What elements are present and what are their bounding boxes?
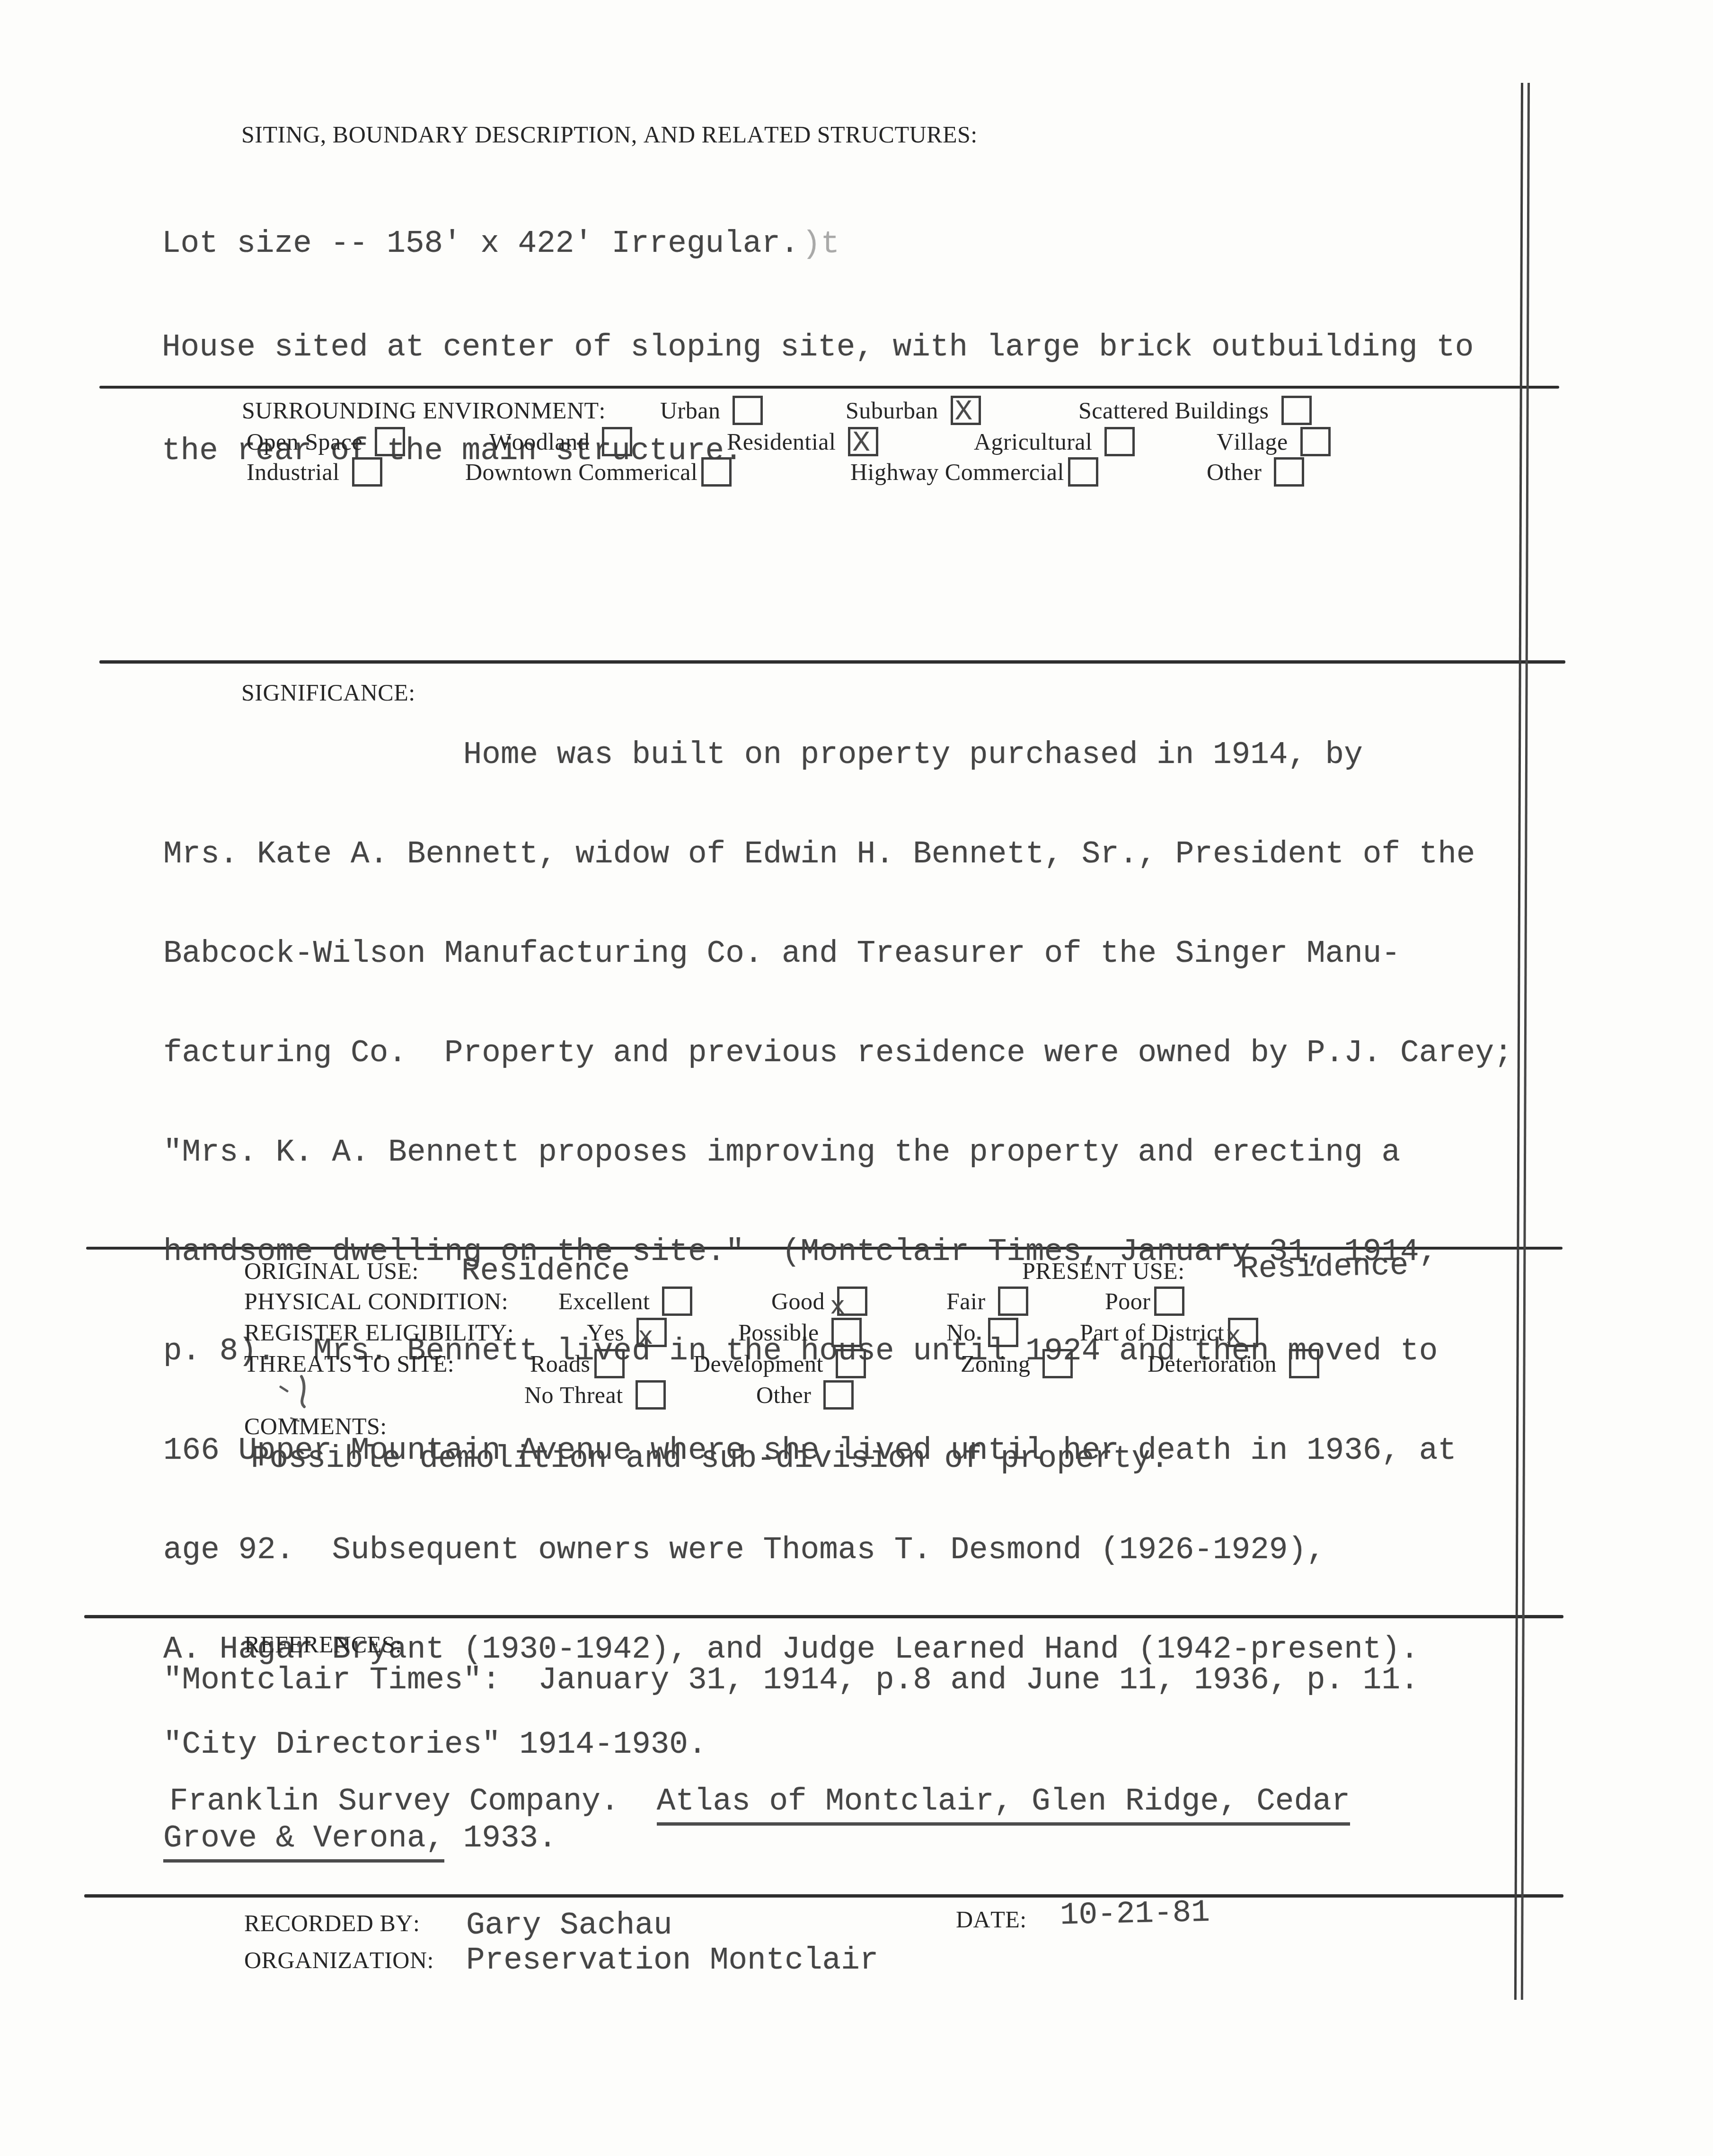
siting-heading: SITING, BOUNDARY DESCRIPTION, AND RELATE… — [241, 121, 978, 148]
checkbox-label: Open Space — [247, 428, 362, 455]
date-label: DATE: — [956, 1906, 1027, 1933]
checkbox-option-suburban: SuburbanX — [846, 396, 981, 425]
checkbox-option-residential: ResidentialX — [727, 427, 878, 456]
present-use-label: PRESENT USE: — [1022, 1257, 1185, 1285]
section-divider — [99, 660, 1565, 664]
recorded-by-value: Gary Sachau — [466, 1908, 672, 1943]
checkbox-mark: X — [955, 397, 972, 426]
checkbox-mark: X — [852, 428, 870, 458]
section-divider — [84, 1894, 1563, 1898]
significance-line: facturing Co. Property and previous resi… — [163, 1037, 1513, 1070]
checkbox-option-development: Development — [693, 1349, 866, 1378]
checkbox-option-part-of-district: Part of Districtx — [1080, 1318, 1258, 1347]
checkbox-label: Poor — [1105, 1288, 1150, 1314]
checkbox-development[interactable] — [836, 1349, 866, 1378]
page-edge-rule — [1514, 83, 1532, 2000]
physical-condition-label: PHYSICAL CONDITION: — [244, 1287, 508, 1315]
scanned-survey-form: SITING, BOUNDARY DESCRIPTION, AND RELATE… — [0, 0, 1713, 2156]
original-use-value: Residence — [461, 1253, 630, 1289]
checkbox-option-excellent: Excellent — [558, 1287, 692, 1316]
checkbox-other-environment[interactable] — [1274, 457, 1304, 487]
checkbox-option-possible: Possible — [738, 1318, 862, 1347]
recorded-by-label: RECORDED BY: — [244, 1909, 420, 1937]
checkbox-suburban[interactable]: X — [951, 396, 981, 425]
checkbox-option-urban: Urban — [660, 396, 763, 425]
reference-line: "City Directories" 1914-1930. — [163, 1727, 707, 1762]
checkbox-good[interactable]: x — [837, 1287, 867, 1316]
checkbox-downtown-commercial[interactable] — [701, 457, 732, 487]
checkbox-woodland[interactable] — [602, 427, 632, 456]
checkbox-possible[interactable] — [831, 1318, 862, 1347]
organization-value: Preservation Montclair — [466, 1943, 878, 1978]
reference-line: Grove & Verona, 1933. — [163, 1820, 557, 1856]
checkbox-label: Roads — [530, 1350, 591, 1377]
significance-line: Babcock-Wilson Manufacturing Co. and Tre… — [163, 937, 1513, 970]
checkbox-agricultural[interactable] — [1104, 427, 1135, 456]
significance-line: Home was built on property purchased in … — [163, 738, 1513, 772]
checkbox-option-industrial: Industrial — [247, 457, 382, 487]
checkbox-yes[interactable]: x — [636, 1318, 667, 1347]
checkbox-label: Yes — [587, 1319, 624, 1346]
checkbox-no[interactable] — [988, 1318, 1018, 1347]
checkbox-option-agricultural: Agricultural — [974, 427, 1135, 456]
checkbox-label: Scattered Buildings — [1078, 397, 1269, 424]
checkbox-label: Woodland — [489, 428, 590, 455]
checkbox-mark: x — [830, 1295, 845, 1320]
stray-typed-mark: )t — [802, 226, 839, 262]
checkbox-label: Development — [693, 1350, 823, 1377]
checkbox-option-open-space: Open Space — [247, 427, 405, 456]
reference-text: Franklin Survey Company. — [169, 1783, 657, 1819]
checkbox-label: Good — [771, 1288, 825, 1314]
checkbox-label: Village — [1217, 428, 1288, 455]
checkbox-label: Excellent — [558, 1288, 650, 1314]
checkbox-part-of-district[interactable]: x — [1228, 1318, 1258, 1347]
significance-line: "Mrs. K. A. Bennett proposes improving t… — [163, 1136, 1513, 1169]
checkbox-village[interactable] — [1300, 427, 1331, 456]
checkbox-label: Residential — [727, 428, 836, 455]
checkbox-fair[interactable] — [998, 1287, 1028, 1316]
checkbox-roads[interactable] — [594, 1349, 625, 1378]
checkbox-label: Downtown Commerical — [465, 459, 698, 485]
checkbox-label: Highway Commercial — [850, 459, 1064, 485]
checkbox-poor[interactable] — [1154, 1287, 1184, 1316]
checkbox-label: Other — [756, 1382, 811, 1408]
reference-text: 1933. — [444, 1820, 557, 1856]
present-use-value: Residence — [1239, 1248, 1409, 1287]
checkbox-label: Possible — [738, 1319, 819, 1346]
comments-text: Possible demolition and sub-division of … — [251, 1441, 1169, 1476]
checkbox-option-village: Village — [1217, 427, 1331, 456]
checkbox-zoning[interactable] — [1042, 1349, 1073, 1378]
reference-title-underlined: Grove & Verona, — [163, 1820, 444, 1863]
checkbox-option-other-threat: Other — [756, 1380, 854, 1410]
checkbox-label: Other — [1207, 459, 1262, 485]
significance-line: Mrs. Kate A. Bennett, widow of Edwin H. … — [163, 838, 1513, 871]
comments-label: COMMENTS: — [244, 1412, 387, 1440]
checkbox-option-deterioration: Deterioration — [1148, 1349, 1319, 1378]
checkbox-label: No Threat — [524, 1382, 623, 1408]
checkbox-option-yes: Yesx — [587, 1318, 667, 1347]
checkbox-option-zoning: Zoning — [961, 1349, 1073, 1378]
checkbox-option-no: No — [946, 1318, 1018, 1347]
checkbox-mark: x — [1226, 1324, 1241, 1349]
checkbox-label: Agricultural — [974, 428, 1092, 455]
checkbox-option-highway-commercial: Highway Commercial — [850, 457, 1098, 487]
checkbox-option-no-threat: No Threat — [524, 1380, 666, 1410]
checkbox-deterioration[interactable] — [1289, 1349, 1319, 1378]
checkbox-other-threat[interactable] — [823, 1380, 854, 1410]
reference-title-underlined: Atlas of Montclair, Glen Ridge, Cedar — [657, 1783, 1350, 1826]
threats-to-site-label: THREATS TO SITE: — [244, 1350, 454, 1377]
checkbox-mark: x — [638, 1325, 653, 1350]
checkbox-scattered-buildings[interactable] — [1281, 396, 1312, 425]
checkbox-no-threat[interactable] — [636, 1380, 666, 1410]
checkbox-option-woodland: Woodland — [489, 427, 632, 456]
date-value: 10-21-81 — [1060, 1895, 1210, 1934]
checkbox-option-scattered-buildings: Scattered Buildings — [1078, 396, 1312, 425]
significance-text: Home was built on property purchased in … — [163, 672, 1513, 1732]
checkbox-label: Zoning — [961, 1350, 1030, 1377]
checkbox-option-poor: Poor — [1105, 1287, 1184, 1316]
environment-heading: SURROUNDING ENVIRONMENT: — [242, 397, 606, 424]
significance-line: age 92. Subsequent owners were Thomas T.… — [163, 1534, 1513, 1567]
checkbox-option-downtown-commercial: Downtown Commerical — [465, 457, 732, 487]
checkbox-highway-commercial[interactable] — [1068, 457, 1098, 487]
original-use-label: ORIGINAL USE: — [244, 1257, 419, 1285]
checkbox-label: Part of District — [1080, 1319, 1224, 1346]
references-heading: REFERENCES: — [244, 1631, 402, 1658]
checkbox-label: Industrial — [247, 459, 340, 485]
checkbox-option-other-environment: Other — [1207, 457, 1304, 487]
organization-label: ORGANIZATION: — [244, 1946, 434, 1974]
siting-line: House sited at center of sloping site, w… — [162, 330, 1474, 364]
checkbox-label: Fair — [946, 1288, 986, 1314]
checkbox-excellent[interactable] — [662, 1287, 692, 1316]
checkbox-label: No — [946, 1319, 976, 1346]
reference-line: Franklin Survey Company. Atlas of Montcl… — [169, 1783, 1350, 1819]
checkbox-industrial[interactable] — [352, 457, 382, 487]
checkbox-option-roads: Roads — [530, 1349, 625, 1378]
register-eligibility-label: REGISTER ELIGIBILITY: — [244, 1319, 514, 1346]
checkbox-open-space[interactable] — [375, 427, 405, 456]
checkbox-urban[interactable] — [733, 396, 763, 425]
checkbox-residential[interactable]: X — [848, 427, 878, 456]
checkbox-label: Suburban — [846, 397, 938, 424]
checkbox-option-fair: Fair — [946, 1287, 1028, 1316]
checkbox-option-good: Goodx — [771, 1287, 867, 1316]
checkbox-label: Deterioration — [1148, 1350, 1277, 1377]
reference-line: "Montclair Times": January 31, 1914, p.8… — [163, 1662, 1419, 1698]
checkbox-label: Urban — [660, 397, 720, 424]
